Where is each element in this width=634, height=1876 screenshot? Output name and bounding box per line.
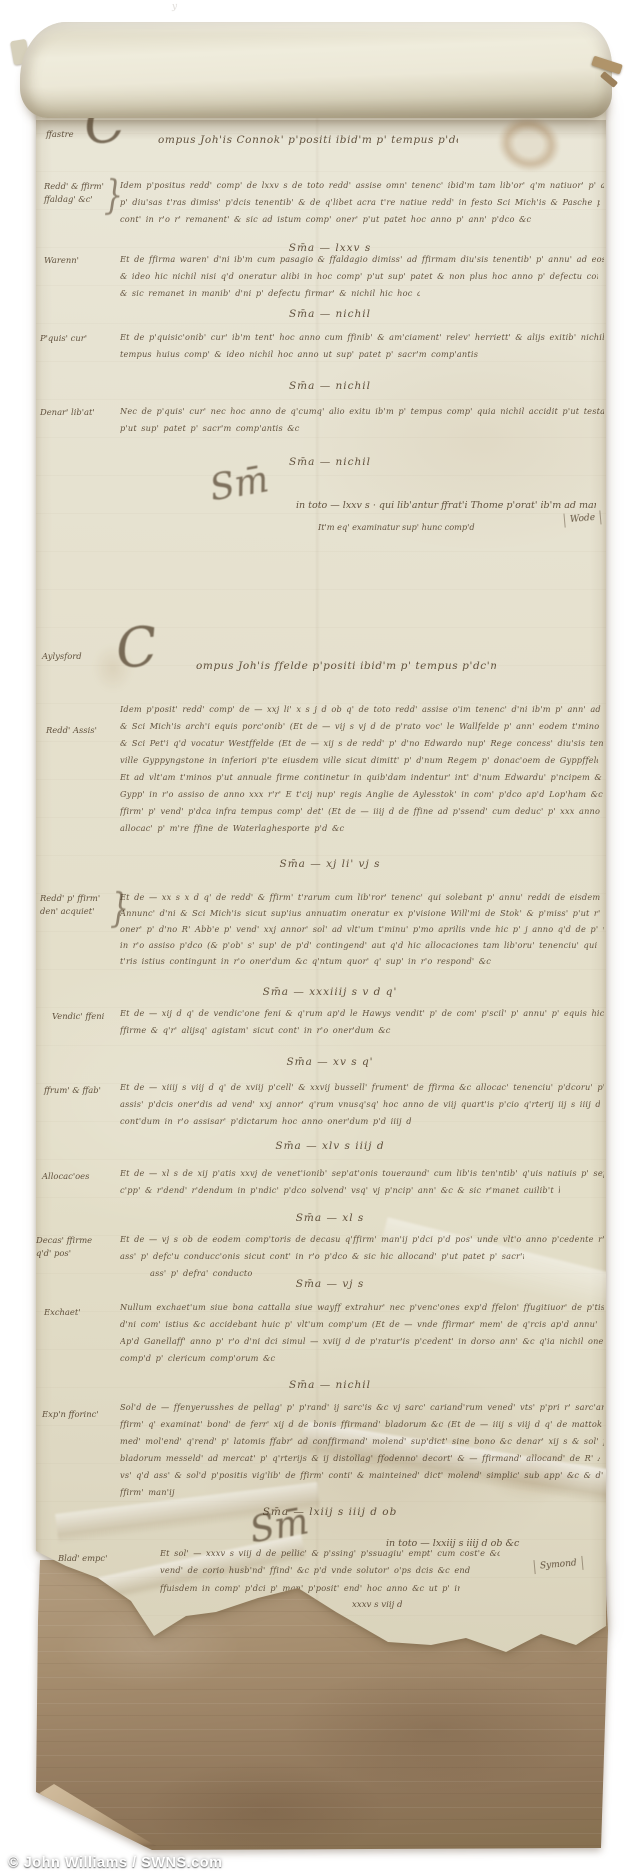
summa-subtotal: Sm̄a — xlv s iiij d — [275, 1140, 384, 1152]
membrane-sheet-shadow: ffastreCompus Joh'is Connok' p'positi ib… — [36, 96, 606, 1656]
manuscript-line: tempus huius comp' & ideo nichil hoc ann… — [120, 347, 480, 361]
manuscript-line: p' diu'sas t'ras dimiss' p'dcis tenentib… — [120, 195, 600, 209]
examiner-mark: Symond — [533, 1556, 583, 1574]
grand-total-line: in toto — lxxv s · qui lib'antur ffrat'i… — [296, 500, 596, 511]
decorated-initial: C — [114, 624, 160, 672]
margin-heading: Redd' & ffirm' ffaldag' &c' — [44, 180, 104, 206]
membrane-fold-corner — [38, 1784, 158, 1850]
account-heading: ompus Joh'is ffelde p'positi ibid'm p' t… — [196, 660, 496, 672]
manuscript-line: Idem p'positus redd' comp' de lxxv s de … — [120, 178, 604, 192]
grand-summa-flourish: Sm̄ — [207, 463, 271, 507]
summa-subtotal: Sm̄a — nichil — [289, 456, 371, 468]
grand-summa-flourish: Sm̄ — [247, 1505, 311, 1549]
manuscript-line: Et de — xl s de xij p'atis xxvj de venet… — [120, 1166, 604, 1180]
manuscript-line: & Sci Mich'is arch'i equis porc'onib' (E… — [120, 719, 602, 733]
manuscript-line: ass' p' defra' conducto — [150, 1266, 280, 1280]
manuscript-line: Et de — vj s ob de eodem comp'toris de d… — [120, 1232, 604, 1246]
manuscript-line: Et ad vlt'am t'minos p'ut annuale firme … — [120, 770, 602, 784]
manuscript-line: & sic remanet in manib' d'ni p' defectu … — [120, 286, 420, 300]
manuscript-line: cont' in r'o r' remanent' & sic ad istum… — [120, 212, 550, 226]
manuscript-line: d'ni com' istius &c accidebant huic p' v… — [120, 1317, 600, 1331]
margin-heading: Allocac'oes — [42, 1170, 89, 1183]
manuscript-line: ffuisdem in comp' p'dci p' man' p'posit'… — [160, 1581, 460, 1595]
manuscript-line: ffirme & q'r' alijsq' agistam' sicut con… — [120, 1023, 420, 1037]
summa-subtotal: Sm̄a — nichil — [289, 1379, 371, 1391]
examiner-mark: Wode — [563, 510, 601, 527]
manuscript-line: ville Gyppyngstone in inferiori p'te eiu… — [120, 753, 598, 767]
margin-heading: Vendic' ffeni — [52, 1010, 104, 1023]
manuscript-line: Nullum exchaet'um siue bona cattalla siu… — [120, 1300, 604, 1314]
manuscript-line: med' mol'end' q'rend' p' latomis ffabr' … — [120, 1434, 604, 1448]
margin-heading: Aylysford — [42, 650, 82, 663]
margin-heading: Exp'n fforinc' — [42, 1408, 99, 1421]
torn-text-fragment: xxxv s viij d — [352, 1600, 403, 1610]
examination-note: It'm eq' examinatur sup' hunc comp'd — [318, 522, 528, 532]
manuscript-line: Idem p'posit' redd' comp' de — xxj li' x… — [120, 702, 604, 716]
margin-heading: ffrum' & ffab' — [44, 1084, 101, 1097]
sheet-content: ffastreCompus Joh'is Connok' p'positi ib… — [0, 0, 634, 1876]
manuscript-line: Ap'd Ganellaff' anno p' r'o d'ni dci sim… — [120, 1334, 604, 1348]
manuscript-line: Annunc' d'ni & Sci Mich'is sicut sup'ius… — [120, 906, 600, 920]
manuscript-line: ffirm' p' vend' p'dca infra tempus comp'… — [120, 804, 600, 818]
summa-subtotal: Sm̄a — nichil — [289, 380, 371, 392]
margin-heading: ffastre — [46, 128, 74, 141]
manuscript-line: Et de — xij d q' de vendic'one feni & q'… — [120, 1006, 604, 1020]
summa-subtotal: Sm̄a — xl s — [296, 1212, 365, 1224]
manuscript-line: ass' p' defc'u conducc'onis sicut cont' … — [120, 1249, 524, 1263]
manuscript-line: & Sci Pet'i q'd vocatur Westffelde (Et d… — [120, 736, 604, 750]
manuscript-line: Et sol' — xxxv s viij d de pellic' & p's… — [160, 1546, 500, 1560]
margin-heading: Exchaet' — [44, 1306, 81, 1319]
manuscript-line: Gypp' in r'o assiso de anno xxx r'r' E t… — [120, 787, 604, 801]
manuscript-line: in r'o assiso p'dco (& p'ob' s' sup' de … — [120, 938, 598, 952]
manuscript-line: oner' p' d'no R' Abb'e p' vend' xxj anno… — [120, 922, 604, 936]
margin-heading: P'quis' cur' — [40, 332, 87, 345]
margin-heading: Redd' Assis' — [46, 724, 97, 737]
manuscript-line: p'ut sup' patet p' sacr'm comp'antis &c — [120, 421, 300, 435]
manuscript-line: allocac' p' m're ffine de Waterlaghespor… — [120, 821, 604, 835]
manuscript-line: & ideo hic nichil nisi q'd oneratur alib… — [120, 269, 598, 283]
roll-surface-mark: y — [172, 2, 178, 12]
manuscript-line: ffirm' q' examinat' bond' de ferr' xij d… — [120, 1417, 602, 1431]
membrane-sheet: ffastreCompus Joh'is Connok' p'positi ib… — [36, 96, 606, 1656]
margin-heading: Redd' p' ffirm' den' acquiet' — [40, 892, 100, 918]
manuscript-line: vs' q'd ass' & sol'd p'positis vig'lib' … — [120, 1468, 604, 1482]
manuscript-line: t'ris istius contingunt in r'o oner'dum … — [120, 954, 590, 968]
summa-subtotal: Sm̄a — xxxiiij s v d q' — [263, 986, 398, 998]
manuscript-line: bladorum messeld' ad mercat' p' q'rterij… — [120, 1451, 600, 1465]
manuscript-line: cont'dum in r'o assisar' p'dictarum hoc … — [120, 1114, 420, 1128]
margin-heading: Warenn' — [44, 254, 79, 267]
manuscript-line: Et de ffirma waren' d'ni ib'm cum pasagi… — [120, 252, 604, 266]
margin-heading: Blad' empc' — [58, 1552, 107, 1565]
manuscript-line: Sol'd de — ffenyerusshes de pellag' p' p… — [120, 1400, 604, 1414]
summa-subtotal: Sm̄a — xv s q' — [286, 1056, 373, 1068]
manuscript-line: Et de p'quisic'onib' cur' ib'm tent' hoc… — [120, 330, 604, 344]
manuscript-line: Et de — xx s x d q' de redd' & ffirm' t'… — [120, 890, 604, 904]
margin-heading: Decas' ffirme q'd' pos' — [36, 1234, 92, 1260]
account-heading: ompus Joh'is Connok' p'positi ibid'm p' … — [158, 134, 458, 146]
manuscript-line: ffirm' man'ij — [120, 1485, 240, 1499]
manuscript-line: comp'd p' clericum comp'orum &c — [120, 1351, 350, 1365]
summa-subtotal: Sm̄a — nichil — [289, 308, 371, 320]
summa-subtotal: Sm̄a — vj s — [296, 1278, 365, 1290]
manuscript-line: assis' p'dcis oner'dis ad vend' xxj anno… — [120, 1097, 600, 1111]
parchment-roll — [20, 22, 612, 118]
manuscript-line: c'pp' & r'dend' r'dendum in p'ndic' p'dc… — [120, 1183, 560, 1197]
watermark-credit: © John Williams / SWNS.com — [8, 1855, 223, 1871]
manuscript-line: Nec de p'quis' cur' nec hoc anno de q'cu… — [120, 404, 604, 418]
manuscript-line: vend' de corio husb'nd' ffind' &c p'd vn… — [160, 1563, 470, 1577]
margin-heading: Denar' lib'at' — [40, 406, 95, 419]
summa-subtotal: Sm̄a — xj li' vj s — [280, 858, 381, 870]
manuscript-line: Et de — xiiij s viij d q' de xviij p'cel… — [120, 1080, 604, 1094]
photo-frame: ffastreCompus Joh'is Connok' p'positi ib… — [0, 0, 634, 1876]
